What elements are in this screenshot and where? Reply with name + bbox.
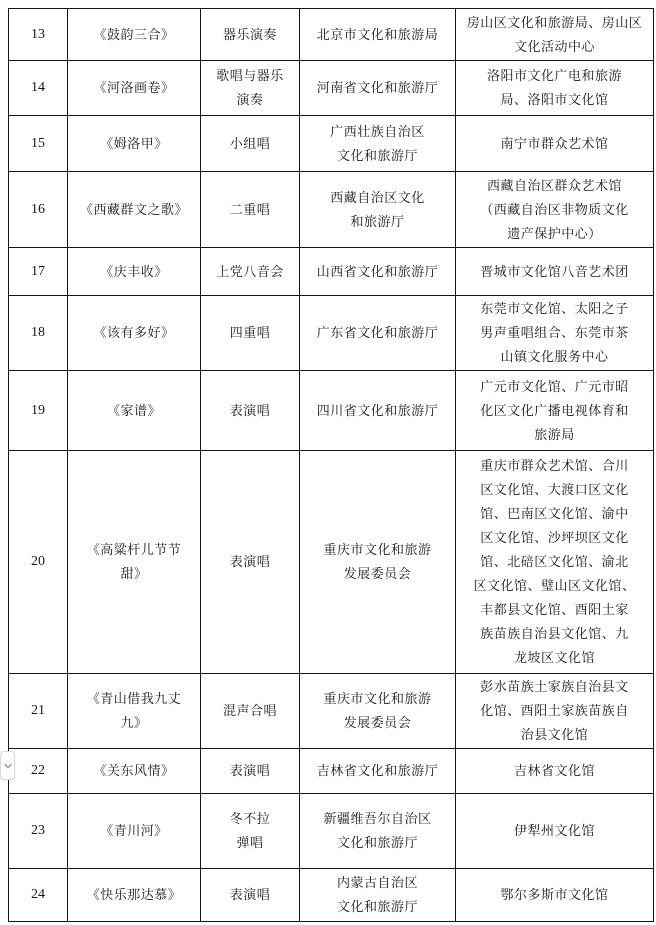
cell-title: 《西藏群文之歌》 <box>68 172 201 248</box>
cell-number: 17 <box>9 248 68 296</box>
cell-form: 表演唱 <box>201 749 300 794</box>
cell-title: 《庆丰收》 <box>68 248 201 296</box>
table-row: 13 《鼓韵三合》 器乐演奏 北京市文化和旅游局 房山区文化和旅游局、房山区 文… <box>9 9 654 61</box>
cell-title: 《快乐那达慕》 <box>68 869 201 922</box>
table-row: 15 《姆洛甲》 小组唱 广西壮族自治区 文化和旅游厅 南宁市群众艺术馆 <box>9 116 654 172</box>
cell-form: 上党八音会 <box>201 248 300 296</box>
cell-organizations: 重庆市群众艺术馆、合川 区文化馆、大渡口区文化 馆、巴南区文化馆、渝中 区文化馆… <box>456 451 654 674</box>
cell-organizations: 洛阳市文化广电和旅游 局、洛阳市文化馆 <box>456 61 654 116</box>
cell-organizations: 广元市文化馆、广元市昭 化区文化广播电视体育和 旅游局 <box>456 371 654 451</box>
cell-title: 《姆洛甲》 <box>68 116 201 172</box>
cell-number: 14 <box>9 61 68 116</box>
cell-title: 《该有多好》 <box>68 296 201 371</box>
cell-department: 河南省文化和旅游厅 <box>300 61 456 116</box>
table-row: 21 《青山借我九丈 九》 混声合唱 重庆市文化和旅游 发展委员会 彭水苗族土家… <box>9 674 654 749</box>
table-row: 22 《关东风情》 表演唱 吉林省文化和旅游厅 吉林省文化馆 <box>9 749 654 794</box>
cell-title: 《家谱》 <box>68 371 201 451</box>
table-row: 24 《快乐那达慕》 表演唱 内蒙古自治区 文化和旅游厅 鄂尔多斯市文化馆 <box>9 869 654 922</box>
cell-form: 混声合唱 <box>201 674 300 749</box>
cell-number: 13 <box>9 9 68 61</box>
cell-form: 冬不拉 弹唱 <box>201 794 300 869</box>
table-row: 14 《河洛画卷》 歌唱与器乐 演奏 河南省文化和旅游厅 洛阳市文化广电和旅游 … <box>9 61 654 116</box>
program-table: 13 《鼓韵三合》 器乐演奏 北京市文化和旅游局 房山区文化和旅游局、房山区 文… <box>8 8 654 922</box>
cell-number: 18 <box>9 296 68 371</box>
cell-organizations: 彭水苗族土家族自治县文 化馆、酉阳土家族苗族自 治县文化馆 <box>456 674 654 749</box>
cell-organizations: 伊犁州文化馆 <box>456 794 654 869</box>
cell-form: 表演唱 <box>201 371 300 451</box>
cell-department: 吉林省文化和旅游厅 <box>300 749 456 794</box>
cell-organizations: 西藏自治区群众艺术馆 （西藏自治区非物质文化 遗产保护中心） <box>456 172 654 248</box>
table-row: 19 《家谱》 表演唱 四川省文化和旅游厅 广元市文化馆、广元市昭 化区文化广播… <box>9 371 654 451</box>
cell-form: 歌唱与器乐 演奏 <box>201 61 300 116</box>
cell-number: 24 <box>9 869 68 922</box>
cell-department: 山西省文化和旅游厅 <box>300 248 456 296</box>
cell-department: 广西壮族自治区 文化和旅游厅 <box>300 116 456 172</box>
cell-form: 表演唱 <box>201 869 300 922</box>
cell-number: 21 <box>9 674 68 749</box>
cell-title: 《关东风情》 <box>68 749 201 794</box>
table-body: 13 《鼓韵三合》 器乐演奏 北京市文化和旅游局 房山区文化和旅游局、房山区 文… <box>9 9 654 922</box>
cell-department: 四川省文化和旅游厅 <box>300 371 456 451</box>
cell-organizations: 鄂尔多斯市文化馆 <box>456 869 654 922</box>
cell-department: 北京市文化和旅游局 <box>300 9 456 61</box>
cell-department: 新疆维吾尔自治区 文化和旅游厅 <box>300 794 456 869</box>
table-row: 17 《庆丰收》 上党八音会 山西省文化和旅游厅 晋城市文化馆八音艺术团 <box>9 248 654 296</box>
cell-organizations: 晋城市文化馆八音艺术团 <box>456 248 654 296</box>
cell-organizations: 南宁市群众艺术馆 <box>456 116 654 172</box>
table-row: 20 《高粱杆儿节节 甜》 表演唱 重庆市文化和旅游 发展委员会 重庆市群众艺术… <box>9 451 654 674</box>
table-row: 23 《青川河》 冬不拉 弹唱 新疆维吾尔自治区 文化和旅游厅 伊犁州文化馆 <box>9 794 654 869</box>
cell-form: 器乐演奏 <box>201 9 300 61</box>
cell-department: 内蒙古自治区 文化和旅游厅 <box>300 869 456 922</box>
cell-department: 广东省文化和旅游厅 <box>300 296 456 371</box>
table-row: 16 《西藏群文之歌》 二重唱 西藏自治区文化 和旅游厅 西藏自治区群众艺术馆 … <box>9 172 654 248</box>
cell-title: 《鼓韵三合》 <box>68 9 201 61</box>
cell-form: 表演唱 <box>201 451 300 674</box>
cell-title: 《河洛画卷》 <box>68 61 201 116</box>
cell-number: 22 <box>9 749 68 794</box>
chevron-down-icon <box>4 763 12 769</box>
cell-title: 《高粱杆儿节节 甜》 <box>68 451 201 674</box>
cell-form: 四重唱 <box>201 296 300 371</box>
table-row: 18 《该有多好》 四重唱 广东省文化和旅游厅 东莞市文化馆、太阳之子 男声重唱… <box>9 296 654 371</box>
cell-organizations: 房山区文化和旅游局、房山区 文化活动中心 <box>456 9 654 61</box>
cell-number: 23 <box>9 794 68 869</box>
cell-number: 16 <box>9 172 68 248</box>
cell-form: 小组唱 <box>201 116 300 172</box>
cell-number: 19 <box>9 371 68 451</box>
outline-collapse-button[interactable] <box>0 751 15 780</box>
cell-number: 15 <box>9 116 68 172</box>
cell-form: 二重唱 <box>201 172 300 248</box>
cell-department: 西藏自治区文化 和旅游厅 <box>300 172 456 248</box>
cell-title: 《青川河》 <box>68 794 201 869</box>
cell-organizations: 吉林省文化馆 <box>456 749 654 794</box>
cell-department: 重庆市文化和旅游 发展委员会 <box>300 674 456 749</box>
cell-title: 《青山借我九丈 九》 <box>68 674 201 749</box>
cell-department: 重庆市文化和旅游 发展委员会 <box>300 451 456 674</box>
cell-organizations: 东莞市文化馆、太阳之子 男声重唱组合、东莞市茶 山镇文化服务中心 <box>456 296 654 371</box>
cell-number: 20 <box>9 451 68 674</box>
